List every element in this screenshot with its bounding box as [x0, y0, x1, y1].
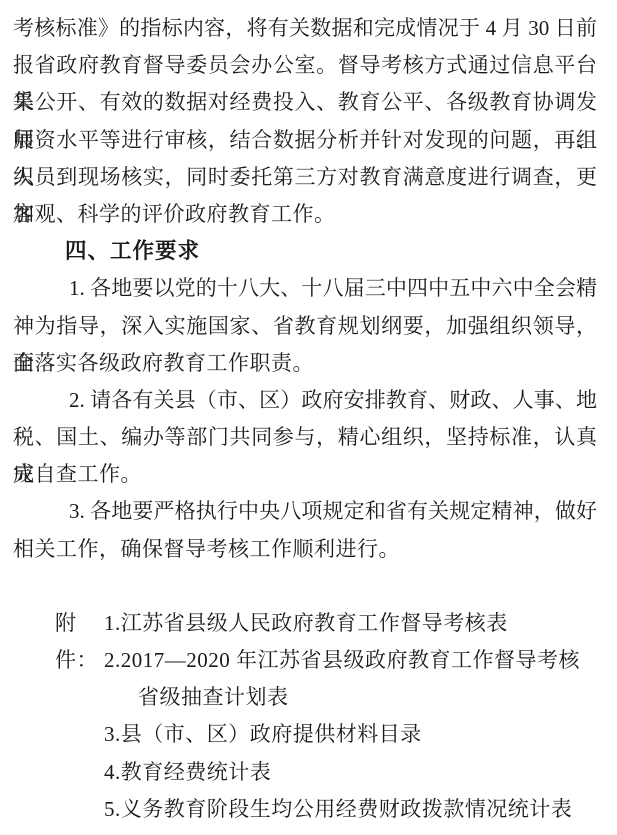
intro-line: 集公开、有效的数据对经费投入、教育公平、各级教育协调发展、 [13, 84, 597, 121]
page-content: 考核标准》的指标内容，将有关数据和完成情况于 4 月 30 日前 报省政府教育督… [0, 0, 617, 835]
attachment-item: 5.义务教育阶段生均公用经费财政拨款情况统计表 [104, 791, 597, 828]
paragraph-line: 3. 各地要严格执行中央八项规定和省有关规定精神，做好 [13, 493, 597, 530]
section-heading: 四、工作要求 [13, 233, 597, 270]
intro-line: 客观、科学的评价政府教育工作。 [13, 196, 597, 233]
paragraph-line: 1. 各地要以党的十八大、十八届三中四中五中六中全会精 [13, 270, 597, 307]
intro-line: 考核标准》的指标内容，将有关数据和完成情况于 4 月 30 日前 [13, 10, 597, 47]
paragraph-line: 成自查工作。 [13, 456, 597, 493]
attachment-item: 3.县（市、区）政府提供材料目录 [104, 716, 597, 753]
paragraph-line: 2. 请各有关县（市、区）政府安排教育、财政、人事、地 [13, 382, 597, 419]
attachment-item: 4.教育经费统计表 [104, 754, 597, 791]
intro-line: 师资水平等进行审核，结合数据分析并针对发现的问题，再组织 [13, 122, 597, 159]
attachment-item: 2.2017—2020 年江苏省县级政府教育工作督导考核 [104, 642, 597, 679]
paragraph-line: 税、国土、编办等部门共同参与，精心组织，坚持标准，认真完 [13, 419, 597, 456]
paragraph-line: 神为指导，深入实施国家、省教育规划纲要，加强组织领导，全 [13, 308, 597, 345]
intro-line: 人员到现场核实，同时委托第三方对教育满意度进行调查，更加 [13, 159, 597, 196]
document-page: 考核标准》的指标内容，将有关数据和完成情况于 4 月 30 日前 报省政府教育督… [0, 0, 617, 835]
attachments-label: 附件： [55, 605, 104, 679]
attachment-item: 1.江苏省县级人民政府教育工作督导考核表 [104, 605, 597, 642]
attachments-list: 1.江苏省县级人民政府教育工作督导考核表 2.2017—2020 年江苏省县级政… [104, 605, 597, 828]
attachment-item-continuation: 省级抽查计划表 [104, 679, 597, 716]
attachments-block: 附件： 1.江苏省县级人民政府教育工作督导考核表 2.2017—2020 年江苏… [55, 605, 597, 828]
paragraph-line: 相关工作，确保督导考核工作顺利进行。 [13, 531, 597, 568]
intro-line: 报省政府教育督导委员会办公室。督导考核方式通过信息平台采 [13, 47, 597, 84]
paragraph-line: 面落实各级政府教育工作职责。 [13, 345, 597, 382]
